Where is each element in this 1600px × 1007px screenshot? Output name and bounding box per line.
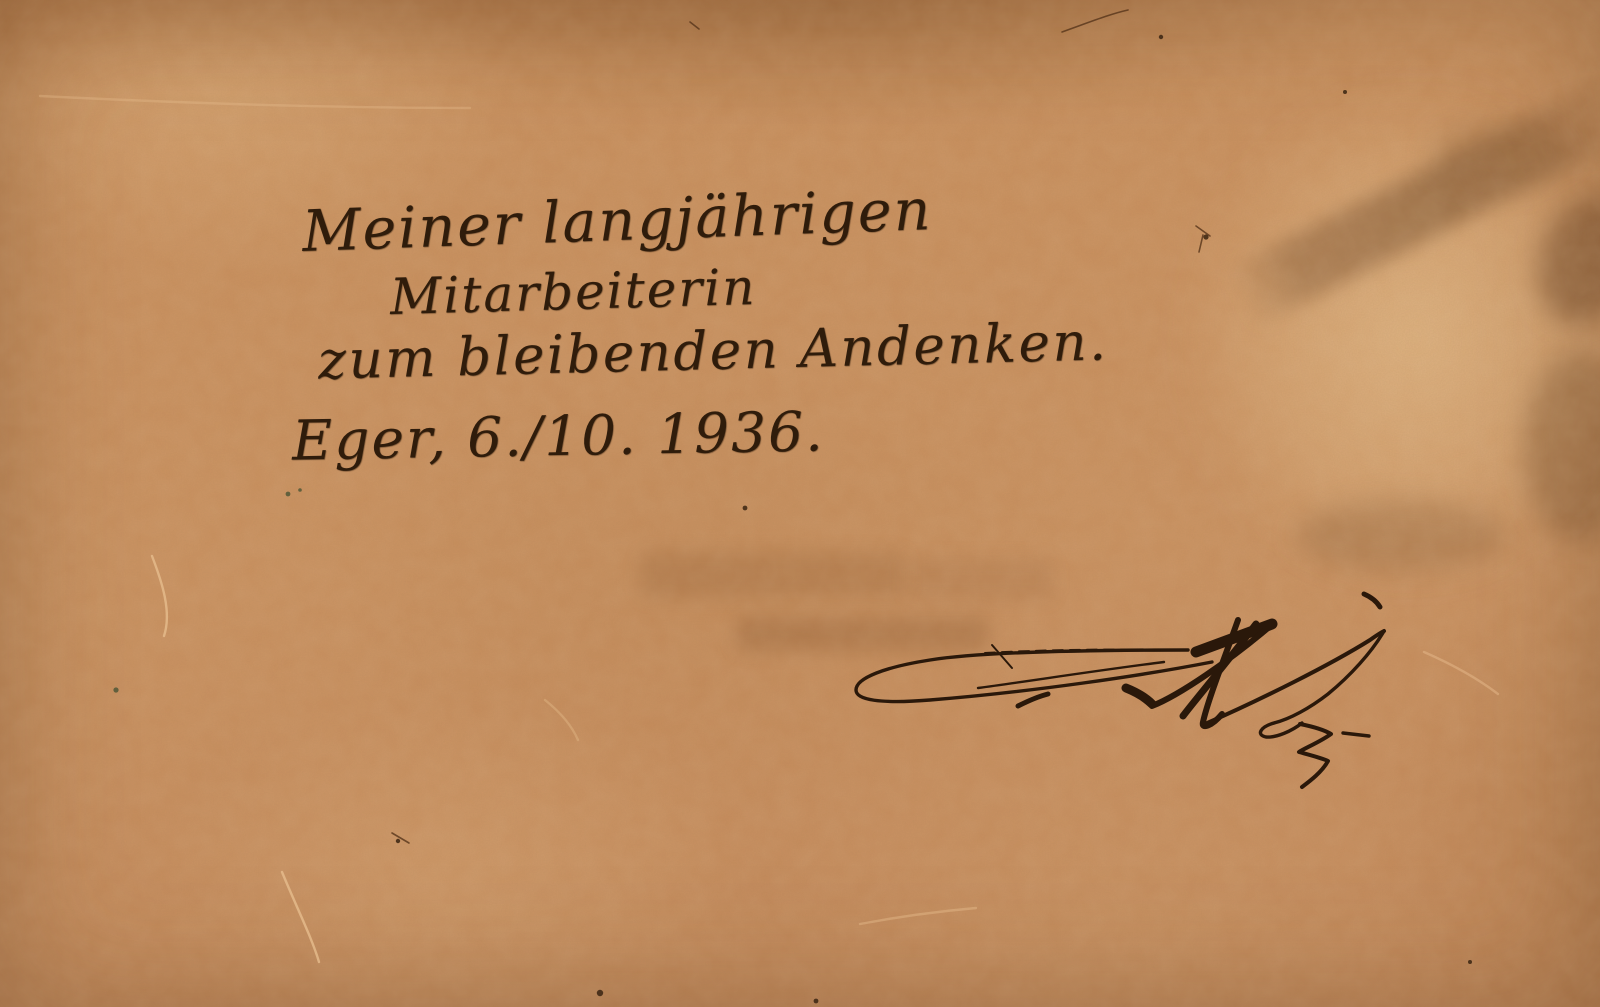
photo-cardboard-back: Meiner langjährigen Mitarbeiterin zum bl…: [0, 0, 1600, 1007]
signature-flourish: [0, 0, 1600, 1007]
